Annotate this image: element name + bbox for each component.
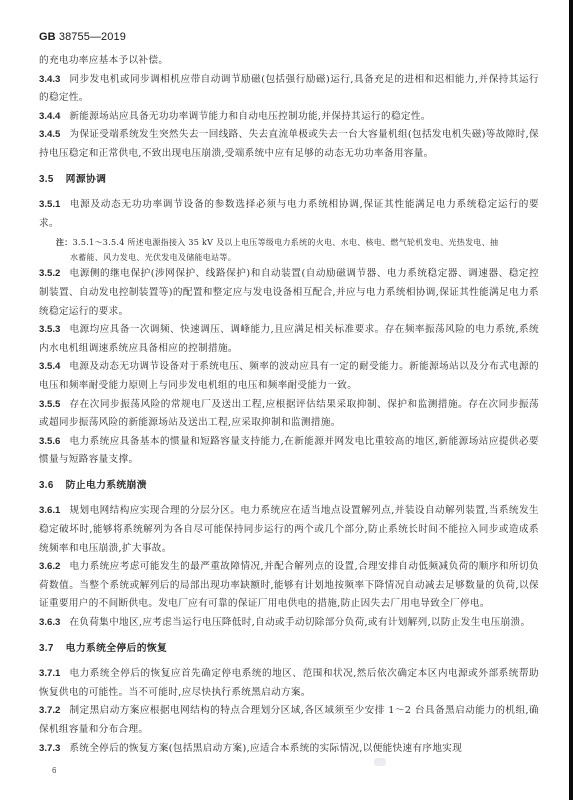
clause-text: 存在次同步振荡风险的常规电厂及送出工程,应根据评估结果采取抑制、保护和监测措施。… [39,399,539,429]
clause-3-7-2: 3.7.2制定黑启动方案应根据电网结构的特点合理划分区域,各区域须至少安排 1～… [39,702,539,739]
clause-text: 电力系统应考虑可能发生的最严重故障情况,并配合解列点的设置,合理安排自动低频减负… [39,561,539,609]
clause-3-5-2: 3.5.2电源侧的继电保护(涉网保护、线路保护)和自动装置(自动励磁调节器、电力… [39,265,539,321]
section-number: 3.7 [39,643,54,654]
clause-3-7-3: 3.7.3系统全停后的恢复方案(包括黑启动方案),应适合本系统的实际情况,以便能… [39,740,539,759]
page-number: 6 [52,766,56,775]
clause-text: 制定黑启动方案应根据电网结构的特点合理划分区域,各区域须至少安排 1～2 台具备… [39,705,539,735]
clause-text: 同步发电机或同步调相机应带自动调节励磁(包括强行励磁)运行,具备充足的进相和迟相… [39,74,539,104]
clause-text: 电源及动态无功调节设备对于系统电压、频率的波动应具有一定的耐受能力。新能源场站以… [39,361,539,391]
clause-3-5-5: 3.5.5存在次同步振荡风险的常规电厂及送出工程,应根据评估结果采取抑制、保护和… [39,396,539,433]
clause-3-4-4: 3.4.4新能源场站应具备无功功率调节能力和自动电压控制功能,并保持其运行的稳定… [39,108,539,127]
clause-text: 电源及动态无功功率调节设备的参数选择必须与电力系统相协调,保证其性能满足电力系统… [39,199,539,229]
clause-3-5-4: 3.5.4电源及动态无功调节设备对于系统电压、频率的波动应具有一定的耐受能力。新… [39,358,539,395]
clause-number: 3.4.3 [39,74,60,85]
clause-text: 为保证受端系统发生突然失去一回线路、失去直流单极或失去一台大容量机组(包括发电机… [39,129,539,159]
clause-3-5-1: 3.5.1电源及动态无功功率调节设备的参数选择必须与电力系统相协调,保证其性能满… [39,196,539,233]
note-line-1: 3.5.1～3.5.4 所述电源指接入 35 kV 及以上电压等级电力系统的火电… [73,238,499,247]
continuation-text: 的充电功率应基本予以补偿。 [39,52,539,71]
clause-number: 3.5.5 [39,399,60,410]
clause-number: 3.5.6 [39,436,60,447]
clause-text: 电力系统应具备基本的惯量和短路容量支持能力,在新能源并网发电比重较高的地区,新能… [39,436,539,466]
standard-header: GB 38755—2019 [39,31,126,43]
clause-text: 系统全停后的恢复方案(包括黑启动方案),应适合本系统的实际情况,以便能快速有序地… [69,743,462,754]
note-line-2: 水蓄能、风力发电、光伏发电及储能电站等。 [56,250,539,265]
clause-number: 3.5.3 [39,324,60,335]
clause-3-5-6: 3.5.6电力系统应具备基本的惯量和短路容量支持能力,在新能源并网发电比重较高的… [39,433,539,470]
note-3-5: 注：3.5.1～3.5.4 所述电源指接入 35 kV 及以上电压等级电力系统的… [39,235,539,265]
clause-number: 3.5.1 [39,199,60,210]
scan-artifact [374,758,386,766]
clause-number: 3.7.3 [39,743,60,754]
clause-3-6-1: 3.6.1规划电网结构应实现合理的分层分区。电力系统应在适当地点设置解列点,并装… [39,502,539,558]
clause-number: 3.6.3 [39,617,60,628]
clause-number: 3.7.1 [39,668,60,679]
clause-text: 电力系统全停后的恢复应首先确定停电系统的地区、范围和状况,然后依次确定本区内电源… [39,668,539,698]
section-title: 电力系统全停后的恢复 [66,643,167,654]
clause-3-4-5: 3.4.5为保证受端系统发生突然失去一回线路、失去直流单极或失去一台大容量机组(… [39,126,539,163]
clause-number: 3.5.2 [39,268,60,279]
clause-text: 新能源场站应具备无功功率调节能力和自动电压控制功能,并保持其运行的稳定性。 [69,111,430,122]
clause-3-6-2: 3.6.2电力系统应考虑可能发生的最严重故障情况,并配合解列点的设置,合理安排自… [39,558,539,614]
section-3-7-heading: 3.7电力系统全停后的恢复 [39,640,539,659]
clause-3-5-3: 3.5.3电源均应具备一次调频、快速调压、调峰能力,且应满足相关标准要求。存在频… [39,321,539,358]
section-number: 3.6 [39,480,54,491]
clause-3-6-3: 3.6.3在负荷集中地区,应考虑当运行电压降低时,自动或手动切除部分负荷,或有计… [39,614,539,633]
standard-code: 38755—2019 [59,31,126,43]
clause-text: 规划电网结构应实现合理的分层分区。电力系统应在适当地点设置解列点,并装设自动解列… [39,505,539,553]
clause-number: 3.7.2 [39,705,60,716]
clause-3-7-1: 3.7.1电力系统全停后的恢复应首先确定停电系统的地区、范围和状况,然后依次确定… [39,665,539,702]
section-title: 防止电力系统崩溃 [66,480,147,491]
clause-number: 3.4.5 [39,129,60,140]
clause-number: 3.5.4 [39,361,60,372]
clause-number: 3.6.2 [39,561,60,572]
clause-number: 3.6.1 [39,505,60,516]
section-number: 3.5 [39,174,54,185]
body-text: 的充电功率应基本予以补偿。 3.4.3同步发电机或同步调相机应带自动调节励磁(包… [39,52,539,758]
clause-number: 3.4.4 [39,111,60,122]
section-3-5-heading: 3.5网源协调 [39,171,539,190]
clause-text: 电源均应具备一次调频、快速调压、调峰能力,且应满足相关标准要求。存在频率振荡风险… [39,324,539,354]
section-title: 网源协调 [66,174,107,185]
clause-text: 在负荷集中地区,应考虑当运行电压降低时,自动或手动切除部分负荷,或有计划解列,以… [69,617,530,628]
standard-prefix: GB [39,31,56,43]
scan-border [569,0,573,800]
clause-3-4-3: 3.4.3同步发电机或同步调相机应带自动调节励磁(包括强行励磁)运行,具备充足的… [39,71,539,108]
section-3-6-heading: 3.6防止电力系统崩溃 [39,477,539,496]
clause-text: 电源侧的继电保护(涉网保护、线路保护)和自动装置(自动励磁调节器、电力系统稳定器… [39,268,539,316]
note-label: 注： [56,237,73,247]
